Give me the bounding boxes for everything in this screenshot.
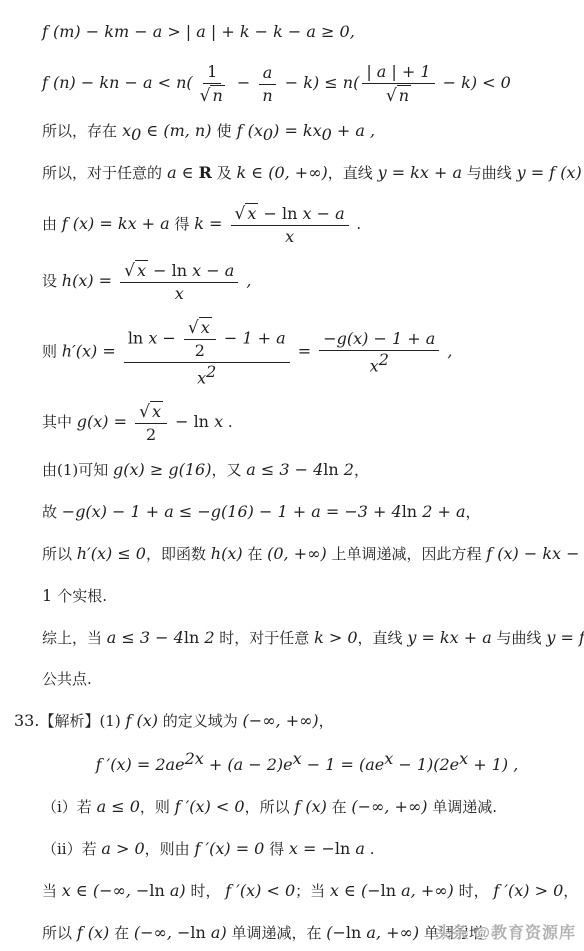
text-run: ，直线 bbox=[328, 164, 378, 182]
text-run: x bbox=[247, 204, 256, 223]
text-run: x ∈ (− bbox=[330, 881, 381, 900]
text-run: n bbox=[262, 86, 272, 105]
text-run: x bbox=[175, 284, 184, 303]
script-text: x bbox=[459, 749, 468, 768]
text-run: (0, +∞) bbox=[267, 544, 327, 563]
text-run: a, +∞) bbox=[361, 923, 419, 942]
text-run: 1 bbox=[42, 586, 57, 605]
text-run: . bbox=[223, 413, 233, 431]
text-run: x ∈ (−∞, − bbox=[62, 881, 150, 900]
text-run: f (x) bbox=[77, 923, 110, 942]
text-run: − 1 = (ae bbox=[302, 755, 385, 774]
fraction-numerator: ln x − √x2 − 1 + a bbox=[124, 317, 290, 363]
text-run: h′(x) = bbox=[62, 342, 121, 361]
document-body: f (m) − km − a > | a | + k − k − a ≥ 0,f… bbox=[0, 0, 584, 945]
text-run: ln bbox=[194, 412, 209, 431]
math-line: 1 个实根. bbox=[42, 584, 572, 608]
math-line: 其中 g(x) = √x2 − ln x . bbox=[42, 401, 572, 445]
text-run: ， bbox=[319, 712, 334, 730]
text-run: x − a bbox=[187, 261, 234, 280]
text-run: ∈ (m, n) bbox=[141, 121, 216, 140]
script-text: x bbox=[384, 749, 393, 768]
text-run: x − a bbox=[297, 204, 344, 223]
text-run: 2 bbox=[195, 341, 205, 360]
text-run: , bbox=[442, 342, 452, 361]
text-run: 2 + a bbox=[417, 502, 465, 521]
text-run: h′(x) ≤ 0 bbox=[77, 544, 146, 563]
text-run: + (a − 2)e bbox=[204, 755, 293, 774]
text-run: g(x) = bbox=[77, 412, 132, 431]
text-run: a ≤ 3 − 4 bbox=[246, 460, 323, 479]
script-text: x bbox=[293, 749, 302, 768]
text-run: a ∈ bbox=[162, 163, 199, 182]
math-line: f (m) − km − a > | a | + k − k − a ≥ 0, bbox=[42, 20, 572, 44]
text-run: y = f (x) bbox=[546, 628, 584, 647]
text-run: ，则由 bbox=[145, 840, 195, 858]
text-run: − 1)(2e bbox=[393, 755, 459, 774]
text-run: f (x) = kx + a bbox=[62, 214, 170, 233]
text-run: f ′(x) < 0 bbox=[225, 881, 295, 900]
fraction: √x2 bbox=[184, 317, 216, 361]
text-run: 上单调递减，因此方程 bbox=[327, 545, 487, 563]
text-run: (−∞, − bbox=[134, 923, 191, 942]
radicand: x bbox=[135, 260, 148, 281]
math-line: f ′(x) = 2ae2x + (a − 2)ex − 1 = (aex − … bbox=[42, 751, 572, 777]
text-run: 2 bbox=[339, 460, 354, 479]
fraction: ln x − √x2 − 1 + ax2 bbox=[124, 317, 290, 388]
text-run: a, +∞) bbox=[396, 881, 454, 900]
math-line: 则 h′(x) = ln x − √x2 − 1 + ax2 = −g(x) −… bbox=[42, 317, 572, 388]
math-line: 综上，当 a ≤ 3 − 4ln 2 时，对于任意 k > 0，直线 y = k… bbox=[42, 626, 572, 650]
text-run: a) bbox=[206, 923, 227, 942]
text-run: k = bbox=[194, 214, 227, 233]
text-run: x bbox=[197, 368, 206, 387]
text-run: a bbox=[350, 839, 365, 858]
text-run: 33. bbox=[14, 711, 39, 730]
text-run: ln bbox=[184, 628, 199, 647]
text-run: ，直线 bbox=[358, 629, 408, 647]
text-run: 单调递减，在 bbox=[227, 924, 327, 942]
fraction: | a | + 1√n bbox=[362, 62, 434, 106]
text-run: ，则 bbox=[140, 798, 175, 816]
script-text: 2 bbox=[379, 350, 389, 369]
math-line: 所以，存在 x0 ∈ (m, n) 使 f (x0) = kx0 + a , bbox=[42, 119, 572, 143]
text-run: ln bbox=[381, 881, 396, 900]
text-run: f ′(x) = 0 bbox=[194, 839, 264, 858]
fraction-denominator: √n bbox=[382, 84, 415, 106]
fraction: 1√n bbox=[196, 62, 229, 106]
fraction-denominator: x2 bbox=[366, 351, 393, 376]
sqrt-radical: √x bbox=[139, 401, 163, 422]
text-run: f (m) − km − a > | a | + k − k − a ≥ 0, bbox=[42, 22, 355, 41]
text-run: 使 bbox=[217, 122, 232, 140]
text-run: 2 bbox=[146, 425, 156, 444]
text-run: 个实根. bbox=[57, 587, 107, 605]
text-run: ln bbox=[402, 502, 417, 521]
fraction: −g(x) − 1 + ax2 bbox=[319, 329, 439, 376]
fraction: √x − ln x − ax bbox=[231, 203, 349, 247]
fraction-denominator: x2 bbox=[193, 363, 220, 388]
document-page: f (m) − km − a > | a | + k − k − a ≥ 0,f… bbox=[0, 0, 584, 951]
text-run: f (n) − kn − a < n( bbox=[42, 73, 193, 92]
text-run: (−∞, +∞) bbox=[351, 797, 427, 816]
text-run: n bbox=[212, 86, 222, 105]
text-run: − 1 + a bbox=[219, 329, 286, 348]
fraction-denominator: x bbox=[281, 226, 298, 247]
math-line: 33.【解析】(1) f (x) 的定义域为 (−∞, +∞)， bbox=[14, 709, 572, 733]
text-run: ln bbox=[323, 460, 338, 479]
fraction-denominator: 2 bbox=[142, 424, 160, 445]
text-run: k > 0 bbox=[314, 628, 357, 647]
fraction-numerator: √x − ln x − a bbox=[231, 203, 349, 226]
text-run: a > 0 bbox=[101, 839, 144, 858]
text-run: − bbox=[258, 204, 282, 223]
text-run: + a , bbox=[332, 121, 375, 140]
text-run: 综上，当 bbox=[42, 629, 107, 647]
text-run: (− bbox=[326, 923, 346, 942]
text-run: x bbox=[209, 412, 223, 431]
text-run: 的定义域为 bbox=[158, 712, 243, 730]
text-run: ln bbox=[335, 839, 350, 858]
text-run: 得 bbox=[264, 840, 289, 858]
text-run: x bbox=[117, 121, 131, 140]
script-text: 0 bbox=[322, 125, 332, 144]
text-run: （i）若 bbox=[42, 798, 97, 816]
radical-sign: √ bbox=[386, 86, 397, 106]
text-run: 及 bbox=[212, 164, 237, 182]
math-line: （ii）若 a > 0，则由 f ′(x) = 0 得 x = −ln a . bbox=[42, 837, 572, 861]
text-run: ln bbox=[346, 923, 361, 942]
script-text: 2x bbox=[185, 749, 204, 768]
text-run: ；当 bbox=[295, 882, 330, 900]
text-run: 时， bbox=[454, 882, 494, 900]
text-run: （ii）若 bbox=[42, 840, 101, 858]
text-run: x bbox=[285, 227, 294, 246]
text-run: a ≤ 3 − 4 bbox=[107, 628, 184, 647]
text-run: y = kx + a bbox=[378, 163, 462, 182]
math-line: 由(1)可知 g(x) ≥ g(16)，又 a ≤ 3 − 4ln 2， bbox=[42, 458, 572, 482]
math-line: 所以，对于任意的 a ∈ R 及 k ∈ (0, +∞)，直线 y = kx +… bbox=[42, 161, 572, 185]
script-text: 2 bbox=[206, 362, 216, 381]
text-run: 在 bbox=[243, 545, 268, 563]
radical-sign: √ bbox=[139, 402, 150, 422]
text-run: f (x) − kx − a = 0 bbox=[486, 544, 584, 563]
text-run: − bbox=[170, 412, 194, 431]
sqrt-radical: √n bbox=[200, 85, 225, 106]
text-run: (−∞, +∞) bbox=[243, 711, 319, 730]
text-run: 时，对于任意 bbox=[215, 629, 315, 647]
text-run: 与曲线 bbox=[462, 164, 517, 182]
text-run: f (x) bbox=[294, 797, 327, 816]
text-run: − k) ≤ n( bbox=[280, 73, 360, 92]
radical-sign: √ bbox=[124, 261, 135, 281]
text-run: y = kx + a bbox=[407, 628, 491, 647]
text-run: 所以 bbox=[42, 924, 77, 942]
radical-sign: √ bbox=[200, 86, 211, 106]
text-run: 由(1)可知 bbox=[42, 461, 113, 479]
text-run: ln bbox=[172, 261, 187, 280]
text-run: ，又 bbox=[211, 461, 246, 479]
fraction-numerator: a bbox=[259, 63, 277, 85]
math-line: f (n) − kn − a < n(1√n − an − k) ≤ n(| a… bbox=[42, 62, 572, 106]
text-run: f ′(x) = 2ae bbox=[96, 755, 185, 774]
fraction-denominator: 2 bbox=[191, 340, 209, 361]
radicand: x bbox=[245, 203, 258, 224]
text-run: ln bbox=[282, 204, 297, 223]
text-run: 2 bbox=[199, 628, 214, 647]
text-run: − bbox=[232, 73, 256, 92]
text-run: a ≤ 0 bbox=[97, 797, 140, 816]
text-run: . bbox=[365, 840, 375, 858]
fraction-numerator: √x − ln x − a bbox=[120, 260, 238, 283]
text-run: 【解析】(1) bbox=[39, 712, 125, 730]
text-run: f ′(x) > 0 bbox=[493, 881, 563, 900]
sqrt-radical: √n bbox=[386, 85, 411, 106]
text-run: 时， bbox=[186, 882, 226, 900]
text-run: h(x) = bbox=[62, 271, 117, 290]
text-run: a bbox=[263, 63, 273, 82]
math-line: 所以 h′(x) ≤ 0，即函数 h(x) 在 (0, +∞) 上单调递减，因此… bbox=[42, 542, 572, 566]
radicand: x bbox=[199, 317, 212, 338]
radical-sign: √ bbox=[188, 318, 199, 338]
text-run: f (x) bbox=[125, 711, 158, 730]
text-run: . bbox=[352, 215, 362, 233]
text-run: 得 bbox=[170, 215, 195, 233]
text-run: x bbox=[201, 318, 210, 337]
text-run: 由 bbox=[42, 215, 62, 233]
text-run: −g(x) − 1 + a ≤ −g(16) − 1 + a = −3 + 4 bbox=[62, 502, 402, 521]
text-run: − bbox=[148, 261, 172, 280]
text-run: 则 bbox=[42, 343, 62, 361]
fraction-denominator: x bbox=[171, 283, 188, 304]
text-run: g(x) ≥ g(16) bbox=[113, 460, 211, 479]
text-run: + 1) , bbox=[468, 755, 518, 774]
text-run: x = − bbox=[289, 839, 335, 858]
text-run: 所以，存在 bbox=[42, 122, 117, 140]
text-run: 所以 bbox=[42, 545, 77, 563]
radicand: n bbox=[210, 85, 224, 106]
fraction: an bbox=[258, 63, 276, 106]
text-run: 公共点. bbox=[42, 670, 92, 688]
text-run: y = f (x) bbox=[517, 163, 582, 182]
sqrt-radical: √x bbox=[124, 260, 148, 281]
text-run: ) = kx bbox=[273, 121, 322, 140]
script-text: 0 bbox=[131, 125, 141, 144]
fraction-denominator: √n bbox=[196, 84, 229, 106]
text-run: 1 bbox=[207, 62, 217, 81]
text-run: R bbox=[199, 163, 212, 182]
sqrt-radical: √x bbox=[235, 203, 259, 224]
text-run: ln bbox=[128, 329, 143, 348]
text-run: | a | + 1 bbox=[366, 62, 430, 81]
watermark: 头条 @教育资源库 bbox=[435, 920, 576, 943]
radicand: x bbox=[150, 401, 163, 422]
math-line: 设 h(x) = √x − ln x − ax , bbox=[42, 260, 572, 304]
text-run: ln bbox=[149, 881, 164, 900]
fraction: √x − ln x − ax bbox=[120, 260, 238, 304]
fraction-numerator: √x bbox=[135, 401, 167, 424]
radical-sign: √ bbox=[235, 204, 246, 224]
text-run: x bbox=[137, 261, 146, 280]
text-run: ，即函数 bbox=[146, 545, 211, 563]
fraction-numerator: −g(x) − 1 + a bbox=[319, 329, 439, 351]
fraction-numerator: | a | + 1 bbox=[362, 62, 434, 84]
text-run: 与曲线 bbox=[492, 629, 547, 647]
text-run: a) bbox=[165, 881, 186, 900]
text-run: f ′(x) < 0 bbox=[175, 797, 245, 816]
text-run: 单调递减. bbox=[428, 798, 498, 816]
text-run: ，所以 bbox=[245, 798, 295, 816]
text-run: x − bbox=[143, 329, 181, 348]
text-run: ln bbox=[190, 923, 205, 942]
math-line: 故 −g(x) − 1 + a ≤ −g(16) − 1 + a = −3 + … bbox=[42, 500, 572, 524]
text-run: ， bbox=[354, 461, 369, 479]
text-run: n bbox=[399, 86, 409, 105]
text-run: 其中 bbox=[42, 413, 77, 431]
math-line: 公共点. bbox=[42, 668, 572, 691]
math-line: 由 f (x) = kx + a 得 k = √x − ln x − ax . bbox=[42, 203, 572, 247]
text-run: 在 bbox=[109, 924, 134, 942]
text-run: 当 bbox=[42, 882, 62, 900]
math-line: 当 x ∈ (−∞, −ln a) 时， f ′(x) < 0；当 x ∈ (−… bbox=[42, 879, 572, 903]
text-run: ， bbox=[466, 503, 481, 521]
text-run: h(x) bbox=[211, 544, 243, 563]
text-run: x bbox=[370, 356, 379, 375]
text-run: ， bbox=[563, 882, 578, 900]
text-run: − k) < 0 bbox=[438, 73, 511, 92]
text-run: 所以，对于任意的 bbox=[42, 164, 162, 182]
text-run: 故 bbox=[42, 503, 62, 521]
text-run: , bbox=[241, 271, 251, 290]
fraction: √x2 bbox=[135, 401, 167, 445]
fraction-denominator: n bbox=[258, 85, 276, 106]
fraction-numerator: 1 bbox=[203, 62, 221, 84]
fraction-numerator: √x bbox=[184, 317, 216, 340]
sqrt-radical: √x bbox=[188, 317, 212, 338]
radicand: n bbox=[397, 85, 411, 106]
text-run: = bbox=[293, 342, 317, 361]
text-run: x bbox=[152, 402, 161, 421]
text-run: −g(x) − 1 + a bbox=[323, 329, 435, 348]
script-text: 0 bbox=[263, 125, 273, 144]
text-run: 设 bbox=[42, 272, 62, 290]
text-run: k ∈ (0, +∞) bbox=[237, 163, 328, 182]
math-line: （i）若 a ≤ 0，则 f ′(x) < 0，所以 f (x) 在 (−∞, … bbox=[42, 795, 572, 819]
text-run: 在 bbox=[327, 798, 352, 816]
text-run: f (x bbox=[232, 121, 263, 140]
